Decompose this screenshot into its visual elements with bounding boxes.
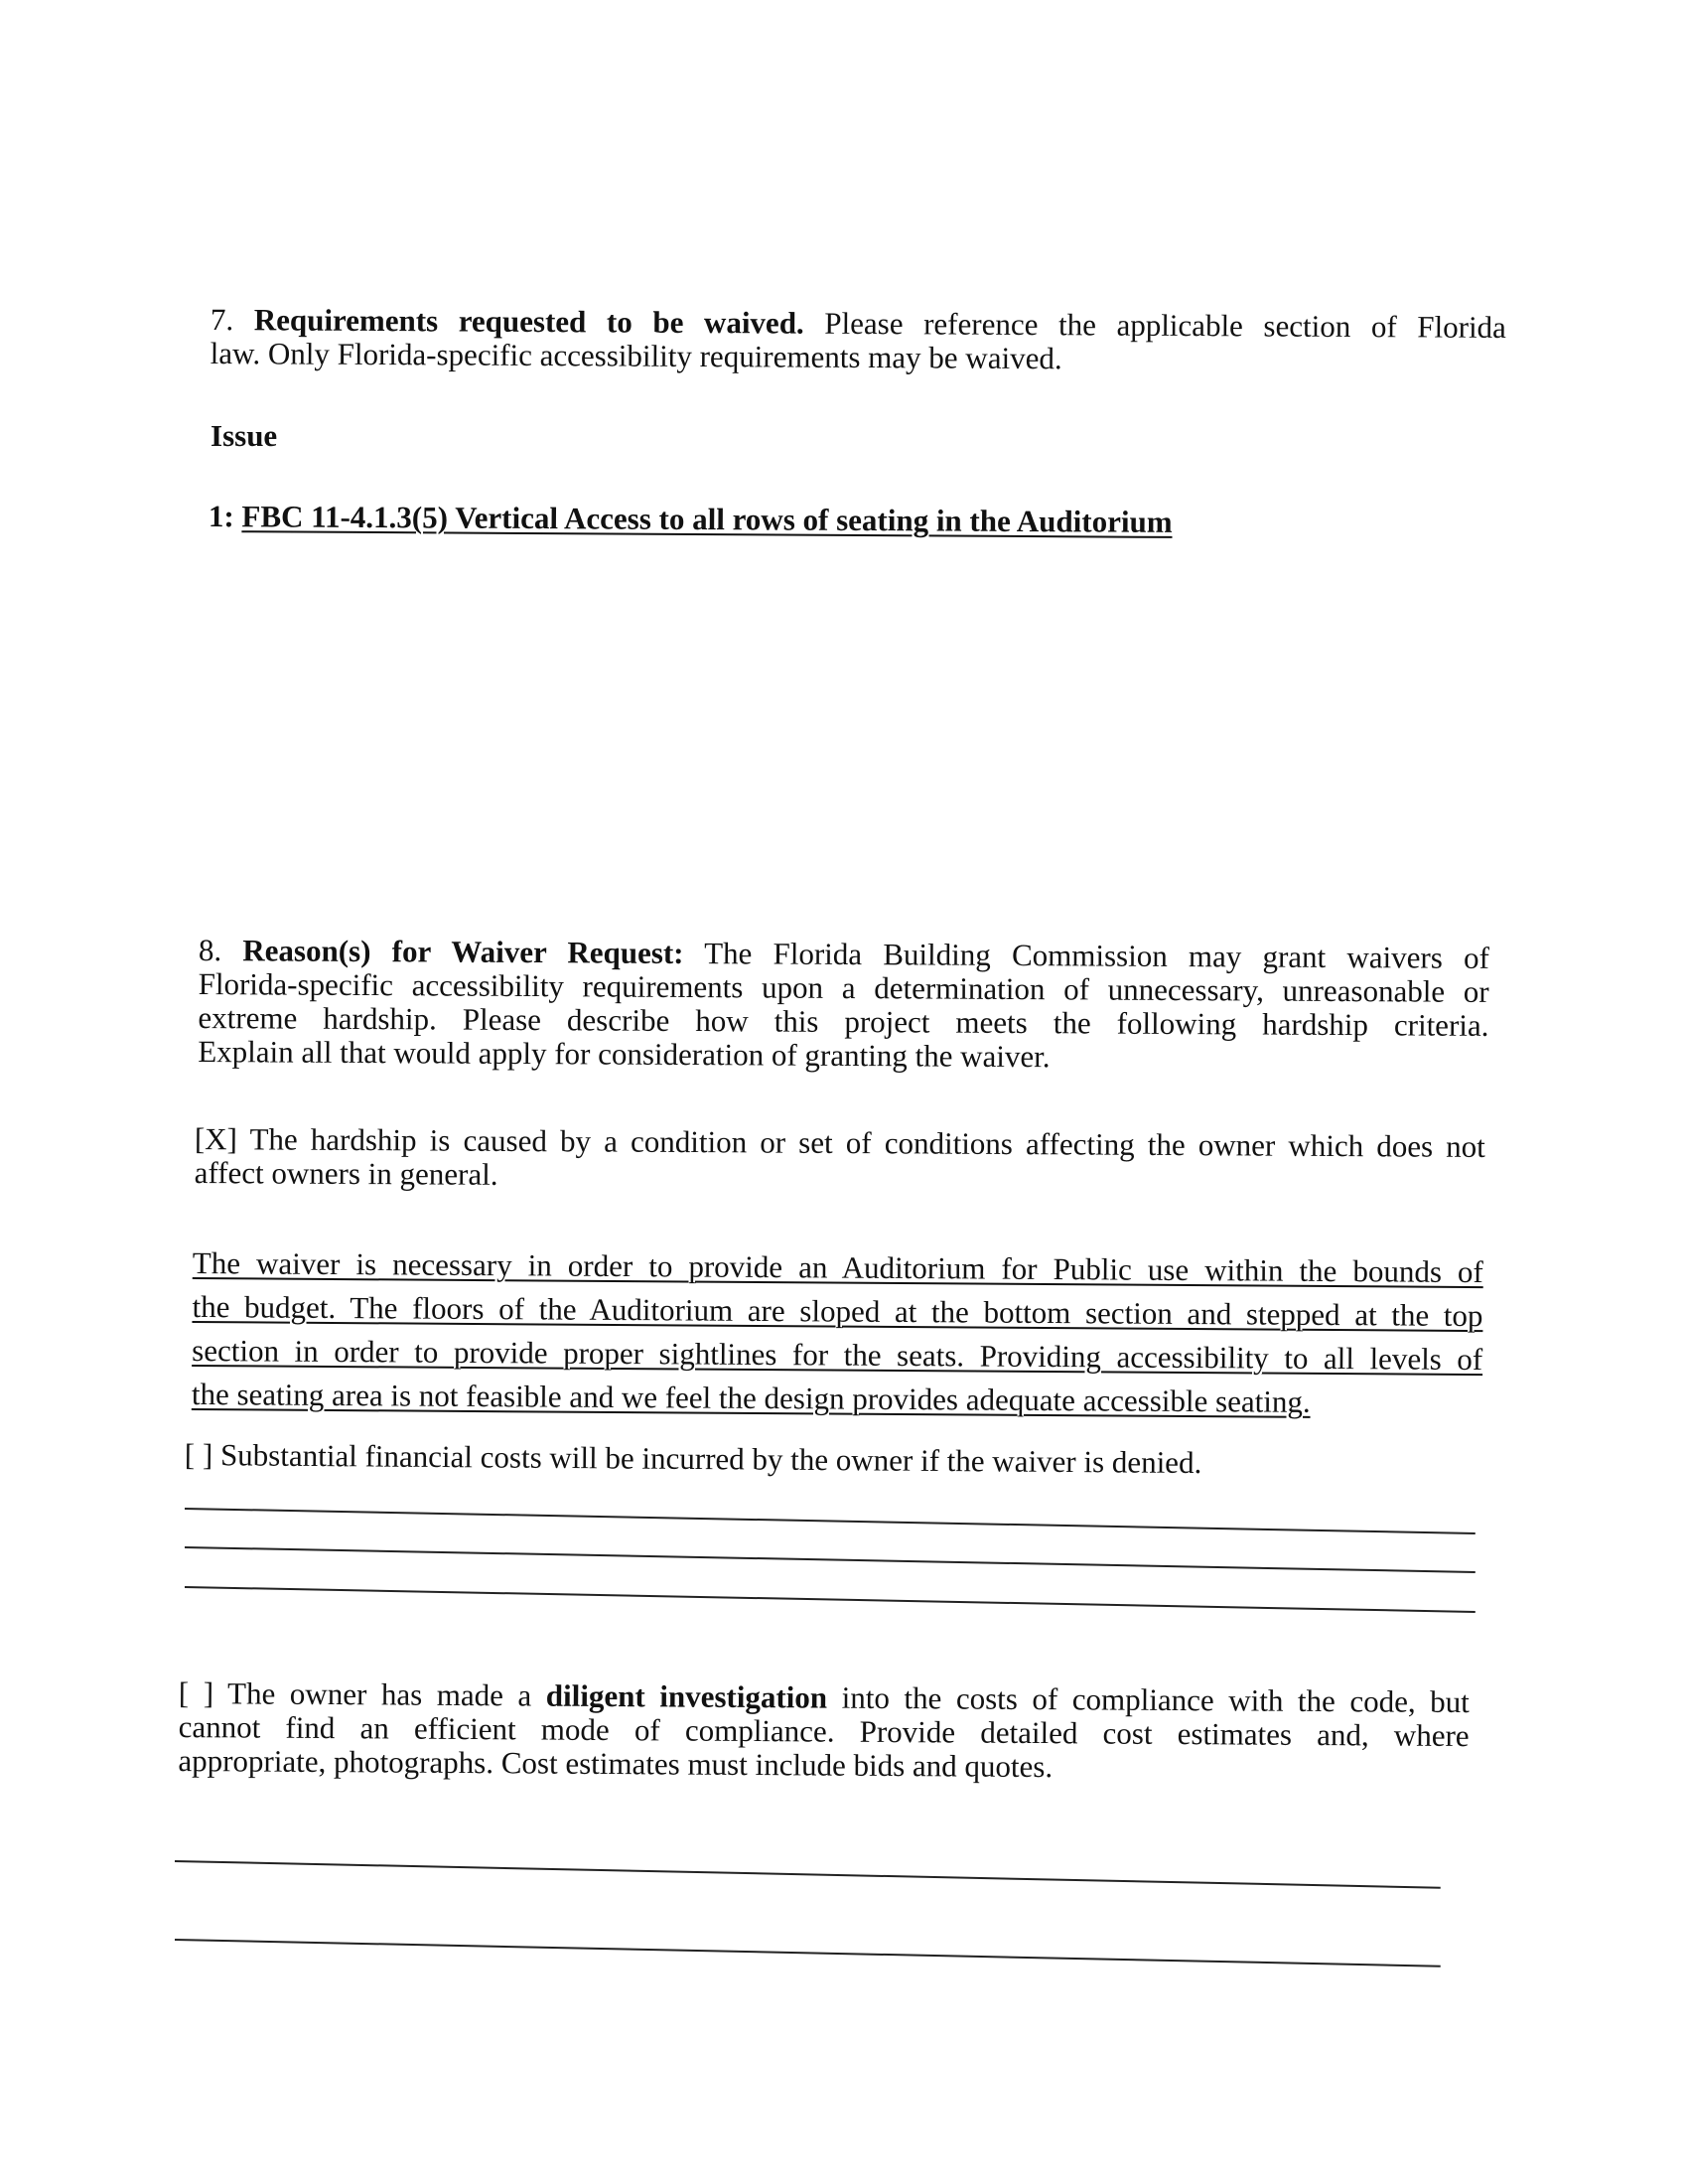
section-8-heading: Reason(s) for Waiver Request: xyxy=(242,933,683,970)
criterion-3-bold: diligent investigation xyxy=(546,1678,828,1715)
criterion-2: [ ] Substantial financial costs will be … xyxy=(185,1438,1202,1480)
criterion-3: [ ] The owner has made a diligent invest… xyxy=(178,1676,1470,1787)
answer-line-4: the seating area is not feasible and we … xyxy=(192,1373,1482,1425)
issue-label: Issue xyxy=(211,419,277,453)
criterion-2-blank-line-3[interactable] xyxy=(185,1586,1476,1613)
criterion-2-blank-line-1[interactable] xyxy=(185,1508,1476,1534)
criterion-3-blank-line-1[interactable] xyxy=(175,1860,1441,1889)
issue-item-1: 1: FBC 11-4.1.3(5) Vertical Access to al… xyxy=(209,500,1173,539)
criterion-1-checkbox[interactable]: [X] xyxy=(195,1121,237,1156)
issue-title: FBC 11-4.1.3(5) Vertical Access to all r… xyxy=(241,499,1172,539)
section-8: 8. Reason(s) for Waiver Request: The Flo… xyxy=(198,934,1489,1077)
criterion-2-checkbox[interactable]: [ ] xyxy=(185,1437,213,1472)
issue-label-text: Issue xyxy=(211,418,277,453)
criterion-3-text-after: into the costs of compliance with the co… xyxy=(842,1680,1470,1719)
criterion-3-checkbox[interactable]: [ ] xyxy=(179,1675,213,1710)
issue-number: 1: xyxy=(209,499,234,533)
criterion-1-answer[interactable]: The waiver is necessary in order to prov… xyxy=(192,1241,1483,1425)
section-7: 7. Requirements requested to be waived. … xyxy=(211,303,1506,378)
section-8-number: 8. xyxy=(199,933,221,967)
criterion-3-blank-line-2[interactable] xyxy=(175,1939,1441,1967)
criterion-1: [X] The hardship is caused by a conditio… xyxy=(195,1122,1485,1198)
criterion-3-text-before: The owner has made a xyxy=(227,1675,531,1712)
section-7-heading: Requirements requested to be waived. xyxy=(254,302,804,340)
section-7-number: 7. xyxy=(211,302,233,337)
criterion-2-blank-line-2[interactable] xyxy=(185,1546,1476,1573)
section-7-instruction: Please reference the applicable section … xyxy=(824,306,1506,345)
criterion-2-text: Substantial financial costs will be incu… xyxy=(220,1437,1202,1480)
